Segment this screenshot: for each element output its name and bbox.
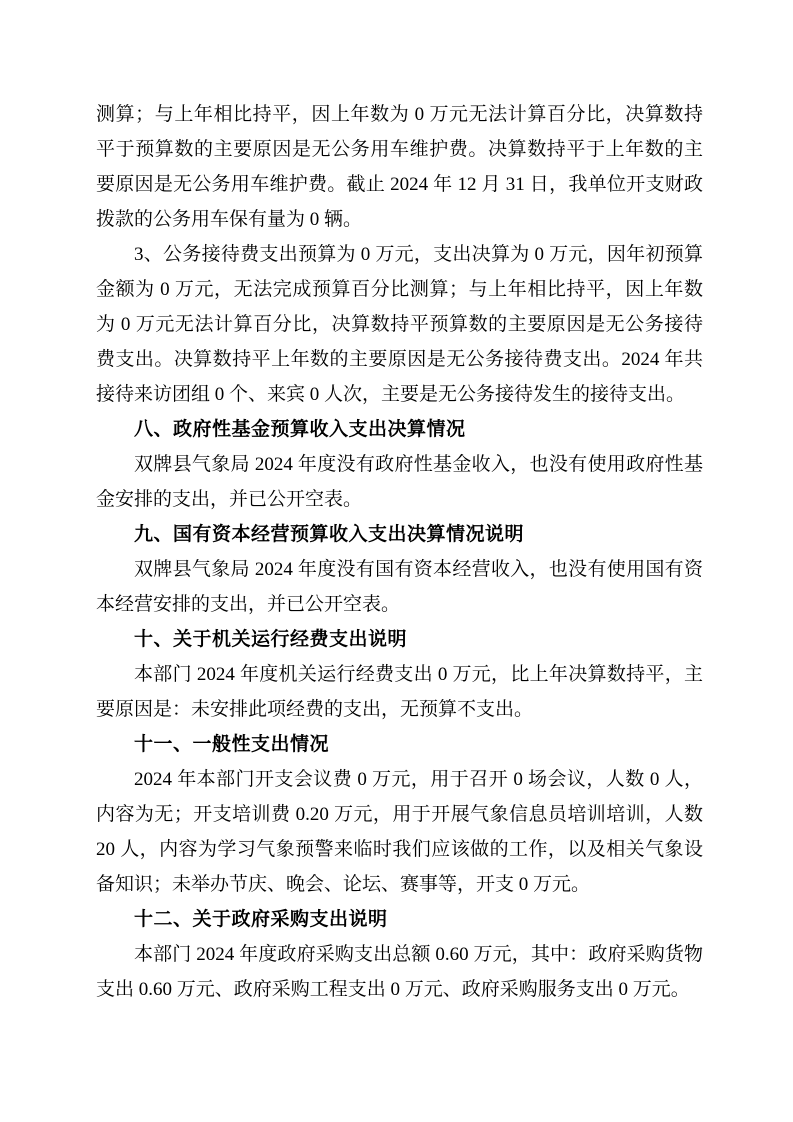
para-govt-fund-budget: 双牌县气象局 2024 年度没有政府性基金收入，也没有使用政府性基金安排的支出，… xyxy=(96,447,703,517)
para-operating-expense: 本部门 2024 年度机关运行经费支出 0 万元，比上年决算数持平，主要原因是：… xyxy=(96,657,703,727)
para-general-expense: 2024 年本部门开支会议费 0 万元，用于召开 0 场会议，人数 0 人，内容… xyxy=(96,762,703,902)
para-official-vehicle-continued: 测算；与上年相比持平，因上年数为 0 万元无法计算百分比，决算数持平于预算数的主… xyxy=(96,97,703,237)
heading-section-11-general-expense: 十一、一般性支出情况 xyxy=(96,727,703,762)
document-content: 测算；与上年相比持平，因上年数为 0 万元无法计算百分比，决算数持平于预算数的主… xyxy=(0,0,793,1007)
heading-section-8-govt-fund-budget: 八、政府性基金预算收入支出决算情况 xyxy=(96,412,703,447)
heading-section-9-state-capital-budget: 九、国有资本经营预算收入支出决算情况说明 xyxy=(96,517,703,552)
heading-section-10-operating-expense: 十、关于机关运行经费支出说明 xyxy=(96,622,703,657)
document-page: 测算；与上年相比持平，因上年数为 0 万元无法计算百分比，决算数持平于预算数的主… xyxy=(0,0,793,1122)
para-govt-procurement: 本部门 2024 年度政府采购支出总额 0.60 万元，其中：政府采购货物支出 … xyxy=(96,937,703,1007)
para-official-reception-expense: 3、公务接待费支出预算为 0 万元，支出决算为 0 万元，因年初预算金额为 0 … xyxy=(96,237,703,412)
heading-section-12-govt-procurement: 十二、关于政府采购支出说明 xyxy=(96,902,703,937)
para-state-capital-budget: 双牌县气象局 2024 年度没有国有资本经营收入，也没有使用国有资本经营安排的支… xyxy=(96,552,703,622)
